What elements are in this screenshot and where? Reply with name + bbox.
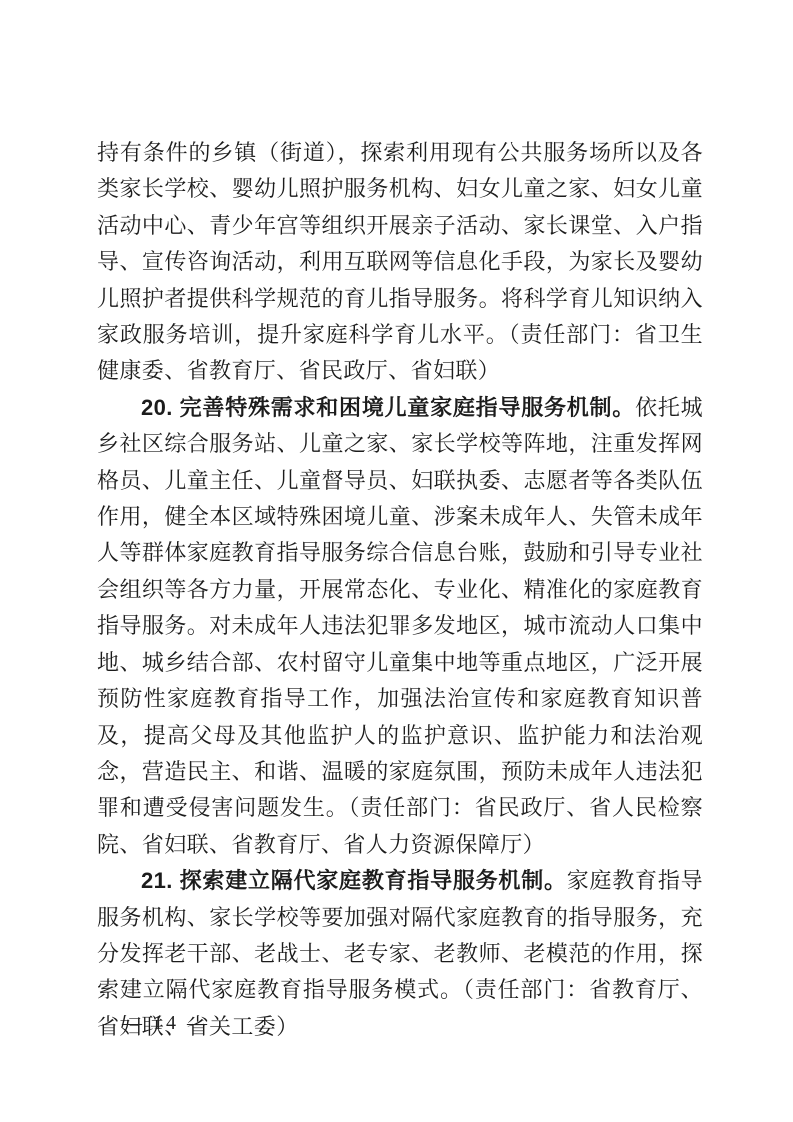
- item-21-heading: 21. 探索建立隔代家庭教育指导服务机制。: [141, 868, 567, 893]
- item-20-heading: 20. 完善特殊需求和困境儿童家庭指导服务机制。: [141, 395, 635, 420]
- item-20-text: 依托城乡社区综合服务站、儿童之家、家长学校等阵地，注重发挥网格员、儿童主任、儿童…: [97, 395, 703, 857]
- paragraph-continuation-text: 持有条件的乡镇（街道），探索利用现有公共服务场所以及各类家长学校、婴幼儿照护服务…: [97, 140, 703, 383]
- paragraph-continuation: 持有条件的乡镇（街道），探索利用现有公共服务场所以及各类家长学校、婴幼儿照护服务…: [97, 135, 703, 390]
- paragraph-item-20: 20. 完善特殊需求和困境儿童家庭指导服务机制。依托城乡社区综合服务站、儿童之家…: [97, 390, 703, 863]
- document-body: 持有条件的乡镇（街道），探索利用现有公共服务场所以及各类家长学校、婴幼儿照护服务…: [97, 135, 703, 1045]
- page-number: — 14 —: [122, 1012, 210, 1035]
- document-page: 持有条件的乡镇（街道），探索利用现有公共服务场所以及各类家长学校、婴幼儿照护服务…: [0, 0, 793, 1122]
